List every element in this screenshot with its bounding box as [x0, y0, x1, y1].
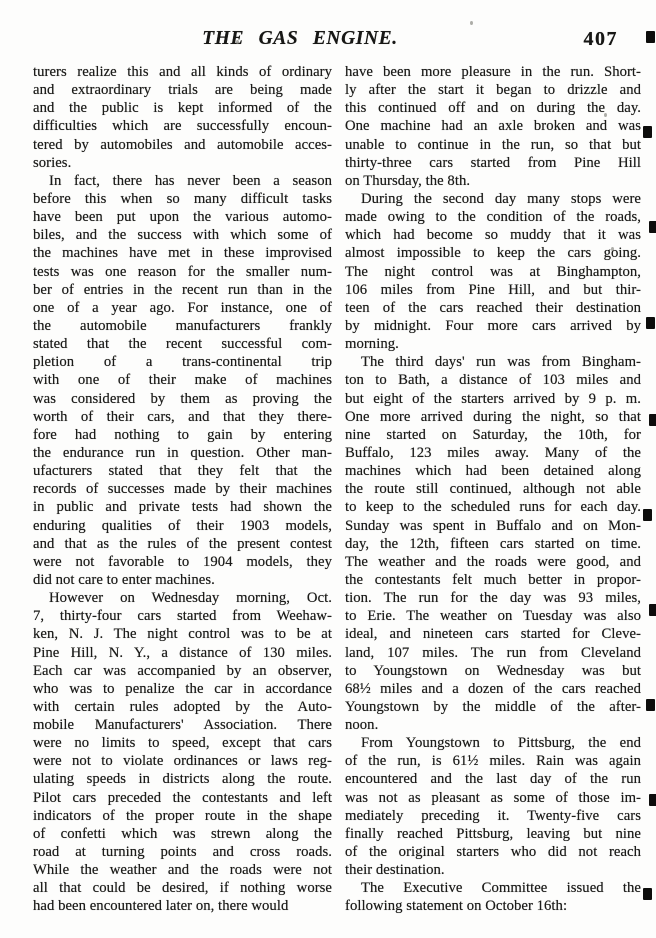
text-line: One more arrived during the night, so th… — [345, 408, 641, 426]
text-line: before this when so many difficult tasks — [33, 190, 332, 208]
text-line: The night control was at Binghampton, — [345, 263, 641, 281]
text-line: Youngstown by the middle of the after- — [345, 698, 641, 716]
paragraph: turers realize this and all kinds of ord… — [33, 63, 332, 172]
text-line: pletion of a trans-continental trip — [33, 353, 332, 371]
scan-speck — [604, 113, 607, 117]
text-line: encountered and the last day of the run — [345, 770, 641, 788]
text-line: was not as pleasant as some of those im- — [345, 789, 641, 807]
running-title: THE GAS ENGINE. — [0, 28, 600, 50]
scan-edge-mark — [646, 699, 655, 711]
text-line: were not favorable to 1904 models, they — [33, 553, 332, 571]
text-line: was considered by them as proving the — [33, 390, 332, 408]
text-line: turers realize this and all kinds of ord… — [33, 63, 332, 81]
scanned-book-page: THE GAS ENGINE. 407 turers realize this … — [0, 0, 656, 938]
text-line: ufacturers stated that they felt that th… — [33, 462, 332, 480]
text-line: but eight of the starters arrived by 9 p… — [345, 390, 641, 408]
text-line: were no limits to speed, except that car… — [33, 734, 332, 752]
text-line: tion. The run for the day was 93 miles, — [345, 589, 641, 607]
text-line: day, the 12th, fifteen cars started on t… — [345, 535, 641, 553]
text-line: fore had nothing to gain by entering — [33, 426, 332, 444]
text-line: biles, and the success with which some o… — [33, 226, 332, 244]
scan-edge-mark — [649, 414, 656, 426]
text-line: and that as the rules of the present con… — [33, 535, 332, 553]
text-line: of the original starters who did not rea… — [345, 843, 641, 861]
text-line: sories. — [33, 154, 332, 172]
text-line: ton to Bath, a distance of 103 miles and — [345, 371, 641, 389]
left-text-column: turers realize this and all kinds of ord… — [33, 63, 332, 916]
text-line: thirty-three cars started from Pine Hill — [345, 154, 641, 172]
text-line: the route still continued, although not … — [345, 480, 641, 498]
paragraph: The Executive Committee issued thefollow… — [345, 879, 641, 915]
text-line: Each car was accompanied by an observer, — [33, 662, 332, 680]
text-line: teen of the cars reached their destinati… — [345, 299, 641, 317]
text-line: one of a year ago. For instance, one of — [33, 299, 332, 317]
text-line: to Erie. The weather on Tuesday was also — [345, 607, 641, 625]
text-columns: turers realize this and all kinds of ord… — [33, 63, 641, 916]
scan-edge-mark — [643, 888, 652, 900]
text-line: Pine Hill, N. Y., a distance of 130 mile… — [33, 644, 332, 662]
text-line: following statement on October 16th: — [345, 897, 641, 915]
text-line: the endurance run in question. Other man… — [33, 444, 332, 462]
text-line: land, 107 miles. The run from Cleveland — [345, 644, 641, 662]
text-line: unable to continue in the run, so that b… — [345, 136, 641, 154]
text-line: who was to penalize the car in accordanc… — [33, 680, 332, 698]
text-line: their destination. — [345, 861, 641, 879]
text-line: The third days' run was from Bingham- — [345, 353, 641, 371]
text-line: finally reached Pittsburg, leaving but n… — [345, 825, 641, 843]
scan-edge-mark — [649, 221, 656, 233]
text-line: Buffalo, 123 miles away. Many of the — [345, 444, 641, 462]
text-line: to Youngstown on Wednesday was but — [345, 662, 641, 680]
text-line: noon. — [345, 716, 641, 734]
text-line: had been encountered later on, there wou… — [33, 897, 332, 915]
text-line: machines which had been detained along — [345, 462, 641, 480]
text-line: During the second day many stops were — [345, 190, 641, 208]
text-line: ber of entries in the recent run than in… — [33, 281, 332, 299]
text-line: with certain rules adopted by the Auto- — [33, 698, 332, 716]
text-line: difficulties which are successfully enco… — [33, 117, 332, 135]
text-line: to keep to the scheduled runs for each d… — [345, 498, 641, 516]
text-line: records of successes made by their machi… — [33, 480, 332, 498]
text-line: 7, thirty-four cars started from Weehaw- — [33, 607, 332, 625]
text-line: all that could be desired, if nothing wo… — [33, 879, 332, 897]
text-line: 106 miles from Pine Hill, and but thir- — [345, 281, 641, 299]
text-line: enduring qualities of their 1903 models, — [33, 517, 332, 535]
text-line: made owing to the condition of the roads… — [345, 208, 641, 226]
scan-edge-mark — [649, 794, 656, 806]
text-line: have been more pleasure in the run. Shor… — [345, 63, 641, 81]
text-line: mobile Manufacturers' Association. There — [33, 716, 332, 734]
text-line: which had become so muddy that it was — [345, 226, 641, 244]
scan-edge-mark — [649, 604, 656, 616]
paragraph: During the second day many stops weremad… — [345, 190, 641, 353]
text-line: and the public is kept informed of the — [33, 99, 332, 117]
scan-speck — [470, 21, 473, 25]
text-line: One machine had an axle broken and was — [345, 117, 641, 135]
page-number: 407 — [584, 28, 619, 51]
text-line: of the run, is 61½ miles. Rain was again — [345, 752, 641, 770]
scan-edge-mark — [646, 317, 655, 329]
text-line: the machines have met in these improvise… — [33, 244, 332, 262]
text-line: In fact, there has never been a season — [33, 172, 332, 190]
paragraph: The third days' run was from Bingham-ton… — [345, 353, 641, 734]
text-line: morning. — [345, 335, 641, 353]
text-line: with one of their make of machines — [33, 371, 332, 389]
text-line: ken, N. J. The night control was to be a… — [33, 625, 332, 643]
text-line: While the weather and the roads were not — [33, 861, 332, 879]
text-line: road at turning points and cross roads. — [33, 843, 332, 861]
text-line: have been put upon the various automo- — [33, 208, 332, 226]
paragraph: However on Wednesday morning, Oct.7, thi… — [33, 589, 332, 916]
text-line: and extraordinary trials are being made — [33, 81, 332, 99]
text-line: The Executive Committee issued the — [345, 879, 641, 897]
text-line: by midnight. Four more cars arrived by — [345, 317, 641, 335]
text-line: 68½ miles and a dozen of the cars reache… — [345, 680, 641, 698]
text-line: indicators of the proper route in the sh… — [33, 807, 332, 825]
text-line: this continued off and on during the day… — [345, 99, 641, 117]
text-line: tered by automobiles and automobile acce… — [33, 136, 332, 154]
text-line: tests was one reason for the smaller num… — [33, 263, 332, 281]
right-text-column: have been more pleasure in the run. Shor… — [345, 63, 641, 916]
text-line: on Thursday, the 8th. — [345, 172, 641, 190]
scan-edge-mark — [643, 509, 652, 521]
text-line: in public and private tests had shown th… — [33, 498, 332, 516]
text-line: did not care to enter machines. — [33, 571, 332, 589]
paragraph: From Youngstown to Pittsburg, the endof … — [345, 734, 641, 879]
scan-speck — [611, 247, 614, 251]
text-line: of confetti which was strewn along the — [33, 825, 332, 843]
text-line: However on Wednesday morning, Oct. — [33, 589, 332, 607]
text-line: ulating speeds in districts along the ro… — [33, 770, 332, 788]
scan-edge-mark — [646, 31, 655, 43]
text-line: Pilot cars preceded the contestants and … — [33, 789, 332, 807]
text-line: the contestants felt much better in prop… — [345, 571, 641, 589]
text-line: mediately preceding it. Twenty-five cars — [345, 807, 641, 825]
scan-speck — [236, 40, 239, 44]
paragraph: have been more pleasure in the run. Shor… — [345, 63, 641, 190]
text-line: were not to violate ordinances or laws r… — [33, 752, 332, 770]
text-line: From Youngstown to Pittsburg, the end — [345, 734, 641, 752]
scan-edge-mark — [643, 126, 652, 138]
text-line: the automobile manufacturers frankly — [33, 317, 332, 335]
text-line: stated that the recent successful com- — [33, 335, 332, 353]
text-line: nine started on Saturday, the 10th, for — [345, 426, 641, 444]
text-line: worth of their cars, and that they there… — [33, 408, 332, 426]
page-header: THE GAS ENGINE. 407 — [0, 28, 656, 54]
text-line: The weather and the roads were good, and — [345, 553, 641, 571]
paragraph: In fact, there has never been a seasonbe… — [33, 172, 332, 589]
text-line: ly after the start it began to drizzle a… — [345, 81, 641, 99]
text-line: Sunday was spent in Buffalo and on Mon- — [345, 517, 641, 535]
text-line: ideal, and nineteen cars started for Cle… — [345, 625, 641, 643]
text-line: almost impossible to keep the cars going… — [345, 244, 641, 262]
